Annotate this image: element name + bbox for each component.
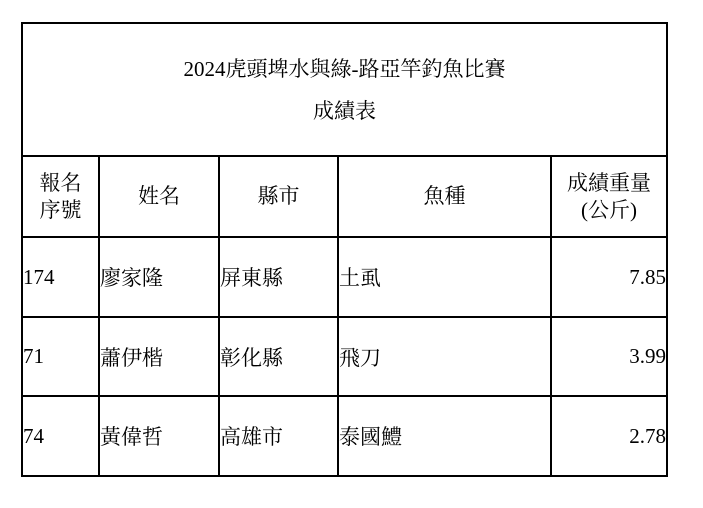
cell-weight: 3.99 <box>551 317 667 396</box>
cell-name: 蕭伊楷 <box>99 317 219 396</box>
header-weight-line2: (公斤) <box>552 197 666 224</box>
results-table: 2024虎頭埤水與綠-路亞竿釣魚比賽 成績表 報名 序號 姓名 縣市 魚種 成績… <box>21 22 668 477</box>
header-row: 報名 序號 姓名 縣市 魚種 成績重量 (公斤) <box>22 156 667 237</box>
header-name-label: 姓名 <box>100 183 218 210</box>
header-reg-no: 報名 序號 <box>22 156 99 237</box>
title-row: 2024虎頭埤水與綠-路亞竿釣魚比賽 成績表 <box>22 23 667 156</box>
cell-fish: 飛刀 <box>338 317 551 396</box>
cell-weight: 7.85 <box>551 237 667 317</box>
header-county-label: 縣市 <box>220 183 337 210</box>
table-title-line2: 成績表 <box>23 90 666 132</box>
cell-reg-no: 174 <box>22 237 99 317</box>
cell-name: 廖家隆 <box>99 237 219 317</box>
header-reg-no-line2: 序號 <box>23 197 98 224</box>
cell-fish: 土虱 <box>338 237 551 317</box>
cell-fish: 泰國鱧 <box>338 396 551 476</box>
cell-reg-no: 71 <box>22 317 99 396</box>
cell-reg-no: 74 <box>22 396 99 476</box>
header-county: 縣市 <box>219 156 338 237</box>
cell-county: 高雄市 <box>219 396 338 476</box>
cell-weight: 2.78 <box>551 396 667 476</box>
document-page: 2024虎頭埤水與綠-路亞竿釣魚比賽 成績表 報名 序號 姓名 縣市 魚種 成績… <box>0 0 703 508</box>
cell-name: 黃偉哲 <box>99 396 219 476</box>
header-weight-line1: 成績重量 <box>552 170 666 197</box>
header-fish-label: 魚種 <box>339 183 550 210</box>
table-title: 2024虎頭埤水與綠-路亞竿釣魚比賽 成績表 <box>22 23 667 156</box>
header-weight: 成績重量 (公斤) <box>551 156 667 237</box>
cell-county: 屏東縣 <box>219 237 338 317</box>
table-title-line1: 2024虎頭埤水與綠-路亞竿釣魚比賽 <box>23 48 666 90</box>
table-row: 74 黃偉哲 高雄市 泰國鱧 2.78 <box>22 396 667 476</box>
header-reg-no-line1: 報名 <box>23 170 98 197</box>
table-row: 174 廖家隆 屏東縣 土虱 7.85 <box>22 237 667 317</box>
header-fish: 魚種 <box>338 156 551 237</box>
header-name: 姓名 <box>99 156 219 237</box>
table-row: 71 蕭伊楷 彰化縣 飛刀 3.99 <box>22 317 667 396</box>
cell-county: 彰化縣 <box>219 317 338 396</box>
